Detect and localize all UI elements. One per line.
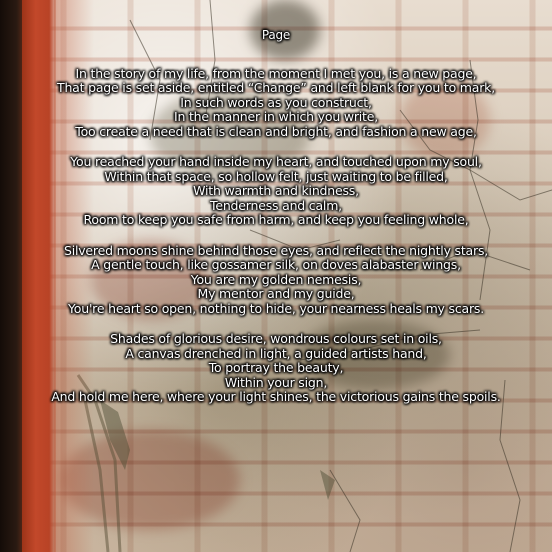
- poem-line: That page is set aside, entitled “Change…: [0, 81, 552, 96]
- poem-line: And hold me here, where your light shine…: [0, 390, 552, 405]
- poem-line: In such words as you construct,: [0, 96, 552, 111]
- poem-artwork: Page In the story of my life, from the m…: [0, 0, 552, 552]
- poem-line: With warmth and kindness,: [0, 184, 552, 199]
- poem-line: You're heart so open, nothing to hide, y…: [0, 302, 552, 317]
- stanza-3: Silvered moons shine behind those eyes, …: [0, 244, 552, 317]
- poem-line: Tenderness and calm,: [0, 199, 552, 214]
- poem-line: A gentle touch, like gossamer silk, on d…: [0, 258, 552, 273]
- poem-line: Within that space, so hollow felt, just …: [0, 170, 552, 185]
- poem-line: Too create a need that is clean and brig…: [0, 125, 552, 140]
- poem-line: You are my golden nemesis,: [0, 273, 552, 288]
- poem-line: You reached your hand inside my heart, a…: [0, 155, 552, 170]
- poem-line: My mentor and my guide,: [0, 287, 552, 302]
- poem-line: A canvas drenched in light, a guided art…: [0, 347, 552, 362]
- poem-line: Within your sign,: [0, 376, 552, 391]
- poem-line: In the story of my life, from the moment…: [0, 67, 552, 82]
- poem-line: In the manner in which you write,: [0, 110, 552, 125]
- stanza-2: You reached your hand inside my heart, a…: [0, 155, 552, 228]
- poem-line: To portray the beauty,: [0, 361, 552, 376]
- poem-line: Room to keep you safe from harm, and kee…: [0, 213, 552, 228]
- stanza-4: Shades of glorious desire, wondrous colo…: [0, 332, 552, 405]
- poem-title: Page: [0, 28, 552, 43]
- poem-line: Silvered moons shine behind those eyes, …: [0, 244, 552, 259]
- poem-line: Shades of glorious desire, wondrous colo…: [0, 332, 552, 347]
- poem: Page In the story of my life, from the m…: [0, 28, 552, 421]
- stanza-1: In the story of my life, from the moment…: [0, 67, 552, 140]
